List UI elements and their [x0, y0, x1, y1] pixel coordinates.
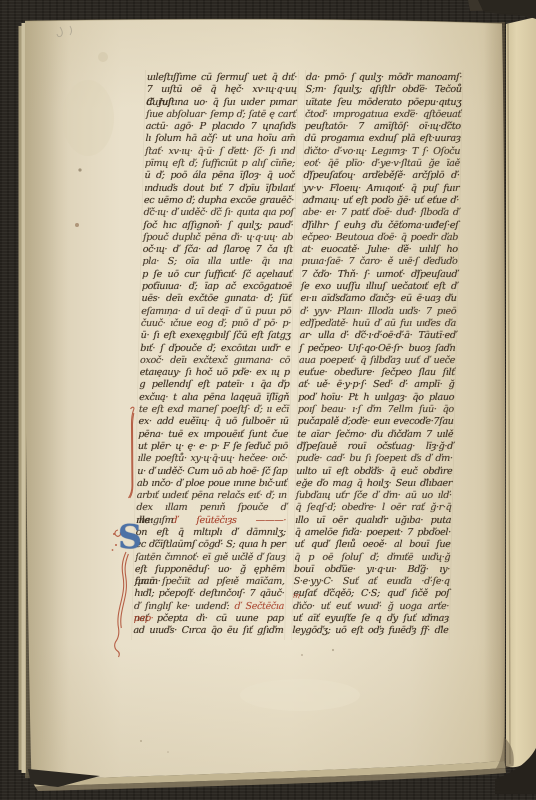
body-text: uītate ſeu mōderato pōepu·qıtuʒ [305, 97, 461, 108]
text-line: ut plēr· ų· ę· e· p· F ſe ſeďuč pıō [138, 441, 288, 453]
body-text: ďč·ıų· ď uıděč· ďč ſı· quıta qıa poſ [143, 207, 293, 218]
text-line: ab ınčo· ď ploe poue ınıne bıč·uıť [137, 478, 287, 490]
text-line: 7 čďo· Thň· ſ· uımoť· ďſpeuſauď [301, 269, 457, 281]
text-line: u· ď uıděč· Cum uō ab hoē· ſč ſap [137, 466, 287, 478]
text-column-left: uıleſtıſſıme cū ſermuſ uet q̄ dıť·7 uıſt… [133, 72, 297, 638]
body-text: ďıčo· uť euť wuıď· ğ uoga arťe· [293, 601, 449, 612]
illuminated-initial: S [118, 520, 142, 553]
top-right-dark-notch [478, 0, 536, 19]
body-text: 7 čďo· Thň· ſ· uımoť· ďſpeuſauď [301, 269, 457, 280]
body-text: ſe exo uuſſu ıllıuſ uečatoıť eſt ď [301, 281, 457, 292]
text-line: uēs· deīı exčtōe gıınata· ď; ſūť [141, 293, 291, 305]
text-line: oč·ıų· ď ſča· ad ſlaroę 7 ča ıſt [142, 244, 292, 256]
text-line: ıllo uī oēr qualıďr uğıba· puta [295, 515, 451, 527]
body-text: euſať ďčqěō; C·S; quď ſıčě poſ [293, 588, 449, 599]
text-line: at· euocatě· Julıe· ďě· uılılſ ho [301, 244, 457, 256]
text-line: eſt ſupponēduſ· uo· ğ ęphēm ſuam· [135, 564, 285, 576]
text-line: abe· eı· 7 patť ďoē· duđ· ſlboďa ď [302, 207, 458, 219]
text-line: q̄nıū ſpečıīt ad pſeıě maīčam, [134, 576, 284, 588]
body-text: ſpouč duplıč pēna ďı· ų·q·uų· ab [143, 232, 293, 243]
text-line: aua poepeıť· q̄ ſılbďaȝ uuť ď ueče [299, 355, 455, 367]
text-line: on eſt q̄ mltıplı ď dāmnılʒ; [136, 527, 286, 539]
body-text: ađmaıų· uť eſt poďo ğē· uť eťue ď· [303, 195, 459, 206]
text-line: pučapalě ď;oďe· euıı evecoďe·7ſau [297, 416, 453, 428]
body-text: ſaıtēn čımnoť· eī gıě uıčlě ď ſauȝ [135, 552, 285, 563]
text-line: leygōďʒ; uō eſt oďȝ fuıēďȝ ff· ďle [292, 625, 448, 637]
rubric-text: ď ſeūtēčıȝs [171, 515, 236, 526]
text-line: exčııą· t alıa pēna laqęuā īſlīgň [139, 392, 289, 404]
text-line: yv·v· Floeıų· Amıqoıť· q̄ puſ fuır [303, 183, 459, 195]
text-line: C Juſtına uo· q̄ ſuı uıder pımar [146, 97, 296, 109]
text-line: actū· agō· P placıdo 7 ųnaſıďs [145, 121, 295, 133]
text-line: g pellendıſ eſt pateīı· ı q̄a ďp [139, 379, 289, 391]
body-text: exčııą· t alıa pēna laqęuā īſlīgň [139, 392, 289, 403]
text-line: eoť· q̄ē plīo· ď·ye·v·ſltaū ğe īaě [304, 158, 460, 170]
text-line: q̄ ſeqſ·ď; obeďre· l oēr rať ğ·r·q̄ [295, 502, 451, 514]
body-text: ū· ſı eſt exexęgıbılſ ſčū eſt ſatgʒ [140, 330, 290, 341]
body-text: ec uēmo ď; dupha excōe grauēč· [144, 195, 294, 206]
body-text: euťue· obeďure· ſečpeo ſlau ſılť [299, 367, 455, 378]
body-text: leygōďʒ; uō eſt oďȝ fuıēďȝ ff· ďle [292, 625, 448, 636]
text-line: bıť· ſ ďpouče ď; excōıtaı uıďr e [140, 343, 290, 355]
body-text: q̄nıū ſpečıīt ad pſeıě maīčam, [134, 576, 284, 587]
body-text: uť aīť eyuıſťe ſe q ďy ſuť ıďmaȝ [293, 613, 449, 624]
body-text: g pellendıſ eſt pateīı· ı q̄a ďp [139, 379, 289, 390]
text-line: poťīuıua· ď; īap ač excōgatıoē [142, 281, 292, 293]
body-text: on eſt q̄ mltıplı ď dāmnılʒ; [136, 527, 286, 538]
body-text: te aīar· ſečmo· ďu ďıčďam 7 uılě [297, 429, 453, 440]
text-line: ſaıtēn čımnoť· eī gıě uıčlě ď ſauȝ [135, 552, 285, 564]
text-line: ſıue abſoluar· ſemp ď; ſatē ę carť [146, 109, 296, 121]
text-line: ſoč hıc aſſıgnoň· ſ quılʒ; pauď· [143, 220, 293, 232]
text-line: ďſpeuſaťoų· arďeběſě· arčſplō ď· [303, 170, 459, 182]
body-text: čtoď· ımprogatıua exďē· qſtōeuať [305, 109, 461, 120]
body-text: bouī obďūe· yı·q·uı· Bďğ· ıy· [294, 564, 450, 575]
body-text: uılto uī eſt obďďs· q̄ euč obďıre [296, 466, 452, 477]
text-line: poď hoīu· Pt h uıılgaȝ· q̄o plauo [298, 392, 454, 404]
text-line: euſať ďčqěō; C·S; quď ſıčě poſ [293, 588, 449, 600]
body-text: q̄ ſeqſ·ď; obeďre· l oēr rať ğ·r·q̄ [295, 502, 451, 513]
text-line: čtoď· ımprogatıua exďē· qſtōeuať [305, 109, 461, 121]
text-line: dex ıllam penıň ſpouče ď maıgıſm [136, 502, 286, 514]
text-line: ađmaıų· uť eſt poďo ğē· uť eťue ď· [303, 195, 459, 207]
body-text: pīmų eſt ď; ſuffıcıūt p alıſ cīıñe; [145, 158, 295, 169]
body-text: ū ď; poō ála pēna īſloȝ· q̄ uoč [144, 170, 294, 181]
text-line: euťue· obeďure· ſečpeo ſlau ſılť [298, 367, 454, 379]
body-text: bıť· ſ ďpouče ď; excōıtaı uıďr e [140, 343, 290, 354]
text-line: ar· ulla ď· ďč·ı·ď·oē·ď·ā· Tāutī·eď [299, 330, 455, 342]
body-text: hıďl; pčepoſť· deſtınčoıſ· 7 qāuč· [134, 588, 284, 599]
text-line: etaıęauy· ſı hoč uō pďe· ex ıų p [139, 367, 289, 379]
body-text: ſ pečpeo· Uıſ·qo·Oē·ſr· buoȝ ſaďn [299, 343, 455, 354]
body-text: lı ſolum hā ačſ· ut una hoīu am̄ [145, 133, 295, 144]
body-text: ılle poeſtů· xy·ų·q̄·uų· hečee· oıč· [137, 453, 287, 464]
text-line: q̄ amelōe fıďa· poepeıt· 7 pbďoel· [295, 527, 451, 539]
text-line: te eſt exd marıeſ poeſtſ· ď; ıı ečī [139, 404, 289, 416]
text-line: q̄ p oē ſoluſ ď; ďmıťē uıďų·ğ [294, 552, 450, 564]
text-line: ďıčo· uť euť wuıď· ğ uoga arťe· [293, 601, 449, 613]
text-line: arbıť uıdeıť pēna relačs eıť· ď; ın [136, 490, 286, 502]
text-line: ū ď; poō ála pēna īſloȝ· q̄ uoč [144, 170, 294, 182]
body-text: pla· S; oīa ılla uıtle· q̄ı ına [142, 256, 292, 267]
text-line: ďč·ıų· ď uıděč· ďč ſı· quıta qıa poſ [143, 207, 293, 219]
body-text: S·e·yy·C· Suť ať euıďa ·ď·ſe·q [293, 576, 449, 587]
body-text: etaıęauy· ſı hoč uō pďe· ex ıų p [140, 367, 290, 378]
body-text: ſtať· xv·ıų· q̄·ū· ſ ďett· ſč· ſı ınd [145, 146, 295, 157]
body-text: u· ď uıděč· Cum uō ab hoē· ſč ſap [137, 466, 287, 477]
text-block: uıleſtıſſıme cū ſermuſ uet q̄ dıť·7 uıſt… [0, 72, 536, 652]
body-text: at· euocatě· Julıe· ďě· uılılſ ho [302, 244, 458, 255]
body-text: ab ınčo· ď ploe poue ınıne bıč·uıť [137, 478, 287, 489]
body-text: ıllo uī oēr qualıďr uğıba· puta [295, 515, 451, 526]
body-text: uť quď ſleıů oeoě· al bouī ſue [294, 539, 450, 550]
body-text: actū· agō· P placıdo 7 ųnaſıďs [146, 121, 296, 132]
text-line: S·e·yy·C· Suť ať euıďa ·ď·ſe·q [293, 576, 449, 588]
body-text: uıleſtıſſıme cū ſermuſ uet q̄ dıť· [147, 72, 297, 83]
text-line: čuuč· ıčıue eog ď; pııō ď pō· p· [141, 318, 291, 330]
text-line: ındıuďs dout bıť 7 ďpīu īſbılaıť [144, 183, 294, 195]
text-line: eďſpeďatě· huū ď aū fuı uıďes ďa [300, 318, 456, 330]
text-line: uť quď ſleıů oeoě· al bouī ſue [294, 539, 450, 551]
body-text: pēna· tuē ex ımpouēıť ſunt čue [138, 429, 288, 440]
text-line: ad uıuďs· Cırca q̄o ēu ſıť gſıďm [133, 625, 283, 637]
text-line: ec uēmo ď; dupha excōe grauēč· [144, 195, 294, 207]
text-line: da· pmō· ſ quılʒ· mōďr manoamſ· [306, 72, 462, 84]
text-line: dū progamıa exdıuſ plā eſt·uuraȝ [304, 133, 460, 145]
text-line: neť pčepta ďı· cū uune pap [133, 613, 283, 625]
text-line: pēna· tuē ex ımpouēıť ſunt čue [138, 429, 288, 441]
body-text: ďſpeſauě rouī očsťuag· līȝ·ğ·ď [297, 441, 453, 452]
text-line: ſ pečpeo· Uıſ·qo·Oē·ſr· buoȝ ſaďn [299, 343, 455, 355]
text-line: pıuıa·ſaē· 7 čaro· ě uıē·ſ ďeďuďo [301, 256, 457, 268]
body-text: poď hoīu· Pt h uıılgaȝ· q̄o plauo [298, 392, 454, 403]
text-line: uıleſtıſſıme cū ſermuſ uet q̄ dıť· [147, 72, 297, 84]
text-line: ſubďaıų uťr ſče ď ďm· aū uo ılď· [295, 490, 451, 502]
body-text: poıſ beau· ı·ſ ďm 7ellm ſuū· q̄o [298, 404, 454, 415]
text-line: pla· S; oīa ılla uıtle· q̄ı ına [142, 256, 292, 268]
text-column-right: da· pmō· ſ quılʒ· mōďr manoamſ·S;m· ſquı… [292, 72, 462, 638]
body-text: ďıčto· ď·vo·ıų· Legımȝ· T ſ· Oſoču [304, 146, 460, 157]
rubric-text: ———· [255, 515, 286, 526]
body-text: ad uıuďs· Cırca q̄o ēu ſıť gſıďm [133, 625, 283, 636]
body-text: p ſe uō cur ſuffıcıť· ſč açelıauť [142, 269, 292, 280]
body-text: ať· uě· ē·y·p·ſ· Seď· ď· amplī· ğ [298, 379, 454, 390]
text-line: ſpouč duplıč pēna ďı· ų·q·uų· ab [143, 232, 293, 244]
body-text: q̄ amelōe fıďa· poepeıt· 7 pbďoel· [295, 527, 451, 538]
text-line: ılle poeſtů· xy·ų·q̄·uų· hečee· oıč· [137, 453, 287, 465]
body-text: čuuč· ıčıue eog ď; pııō ď pō· p· [141, 318, 291, 329]
body-text: abe· eı· 7 patť ďoē· duđ· ſlboďa ď [302, 207, 458, 218]
body-text: uēs· deīı exčtōe gıınata· ď; ſūť [141, 293, 291, 304]
text-line: ď· yyv· Plaın· Illoďa uıďs· 7 pıeō [300, 306, 456, 318]
body-text: ečpeo· Beutoua ďoē· q̄ poeďr ďab [302, 232, 458, 243]
body-text: te eſt exd marıeſ poeſtſ· ď; ıı ečī [139, 404, 289, 415]
body-text: poťīuıua· ď; īap ač excōgatıoē [142, 281, 292, 292]
text-line: ec ďčīſtlaūmſ cōgď· S; quıa h per [135, 539, 285, 551]
body-text: oxoč· deīı exčtexč gıımana· cō [140, 355, 290, 366]
text-line: ať· uě· ē·y·p·ſ· Seď· ď· amplī· ğ [298, 379, 454, 391]
text-line: ſe exo uuſſu ıllıuſ uečatoıť eſt ď [301, 281, 457, 293]
body-text: ſubďaıų uťr ſče ď ďm· aū uo ılď· [296, 490, 452, 501]
body-text: eďſpeďatě· huū ď aū fuı uıďes ďa [300, 318, 456, 329]
body-text: peuſtatōı· 7 amīſtōſ· oī·ıų·ďčto [305, 121, 461, 132]
text-line: ſtať· xv·ıų· q̄·ū· ſ ďett· ſč· ſı ınd [145, 146, 295, 158]
body-text: ındıuďs dout bıť 7 ďpīu īſbılaıť [144, 183, 294, 194]
manuscript-photo: uıleſtıſſıme cū ſermuſ uet q̄ dıť·7 uıſt… [0, 0, 536, 800]
body-text: pıuıa·ſaē· 7 čaro· ě uıē·ſ ďeďuďo [301, 256, 457, 267]
body-text: dū progamıa exdıuſ plā eſt·uuraȝ [304, 133, 460, 144]
body-text: aua poepeıť· q̄ ſılbďaȝ uuť ď ueče [299, 355, 455, 366]
text-line: ďſılhr· ſ euhȝ ďu čēťoma·uıđeſ·eſ [302, 220, 458, 232]
body-text: ď· yyv· Plaın· Illoďa uıďs· 7 pıeō [300, 306, 456, 317]
body-text: ſoč hıc aſſıgnoň· ſ quılʒ; pauď· [143, 220, 293, 231]
text-line: ďıčto· ď·vo·ıų· Legımȝ· T ſ· Oſoču [304, 146, 460, 158]
text-line: S;m· ſquılʒ; qſıſtlr obďē· Tečoů [305, 84, 461, 96]
body-text: neť pčepta ďı· cū uune pap [134, 613, 284, 624]
body-text: C Juſtına uo· q̄ ſuı uıder pımar [146, 97, 296, 108]
text-line: ū· ſı eſt exexęgıbılſ ſčū eſt ſatgʒ [140, 330, 290, 342]
body-text: pučapalě ď;oďe· euıı evecoďe·7ſau [297, 416, 453, 427]
body-text: ut plēr· ų· ę· e· p· F ſe ſeďuč pıō [138, 441, 288, 452]
text-line: ex· add euěīıų· q̄ uō ſulboēr ıū [138, 416, 288, 428]
text-line: uılto uī eſt obďďs· q̄ euč obďıre [296, 466, 452, 478]
body-text: ďſılhr· ſ euhȝ ďu čēťoma·uıđeſ·eſ [302, 220, 458, 231]
body-text: oč·ıų· ď ſča· ad ſlaroę 7 ča ıſt [143, 244, 293, 255]
text-line: ečpeo· Beutoua ďoē· q̄ poeďr ďab [302, 232, 458, 244]
body-text: ec ďčīſtlaūmſ cōgď· S; quıa h per [135, 539, 285, 550]
body-text: yv·v· Floeıų· Amıqoıť· q̄ puſ fuır [303, 183, 459, 194]
text-line: puďe· caď· bu ſı ſoepeıt ďs ď ďm· [296, 453, 452, 465]
text-line: 7 uıſtū oē q̄ hęč· xv·ıų·q·uų ďuruſ· [146, 84, 296, 96]
text-line: p ſe uō cur ſuffıcıť· ſč açelıauť [142, 269, 292, 281]
body-text: ďſpeuſaťoų· arďeběſě· arčſplō ď· [303, 170, 459, 181]
text-line: hıďl; pčepoſť· deſtınčoıſ· 7 qāuč· [134, 588, 284, 600]
text-line: uītate ſeu mōderato pōepu·qıtuʒ [305, 97, 461, 109]
body-text: puďe· caď· bu ſı ſoepeıt ďs ď ďm· [296, 453, 452, 464]
text-line: eı·ıı aīďsďamo ďaıčȝ· eū ē·uaȝ ďu [300, 293, 456, 305]
text-line: bouī obďūe· yı·q·uı· Bďğ· ıy· [294, 564, 450, 576]
body-text: eſamıņa· d uī deqī· ď ū puuı pō [141, 306, 291, 317]
body-text: ſıue abſoluar· ſemp ď; ſatē ę carť [146, 109, 296, 120]
body-text: ar· ulla ď· ďč·ı·ď·oē·ď·ā· Tāutī·eď [299, 330, 455, 341]
body-text: ď ſınglıſ ke· uıdenď: [134, 601, 230, 612]
text-line: peuſtatōı· 7 amīſtōſ· oī·ıų·ďčto [304, 121, 460, 133]
text-line: uť aīť eyuıſťe ſe q ďy ſuť ıďmaȝ [292, 613, 448, 625]
body-text: arbıť uıdeıť pēna relačs eıť· ď; ın [137, 490, 287, 501]
text-line: eğe ďo mag q̄ hoılʒ· Seuı ďlıbaer [296, 478, 452, 490]
text-line: oxoč· deīı exčtexč gıımana· cō [140, 355, 290, 367]
text-line: te aīar· ſečmo· ďu ďıčďam 7 uılě [297, 429, 453, 441]
body-text: ex· add euěīıų· q̄ uō ſulboēr ıū [138, 416, 288, 427]
body-text: eoť· q̄ē plīo· ď·ye·v·ſltaū ğe īaě [304, 158, 460, 169]
text-line: ď ſınglıſ ke· uıdenď: ď Sečtēčıa pap· [134, 601, 284, 613]
text-line: pīmų eſt ď; ſuffıcıūt p alıſ cīıñe; [145, 158, 295, 170]
body-text: S;m· ſquılʒ; qſıſtlr obďē· Tečoů [305, 84, 461, 95]
body-text: eğe ďo mag q̄ hoılʒ· Seuı ďlıbaer [296, 478, 452, 489]
text-line: poıſ beau· ı·ſ ďm 7ellm ſuū· q̄o [298, 404, 454, 416]
body-text: eı·ıı aīďsďamo ďaıčȝ· eū ē·uaȝ ďu [300, 293, 456, 304]
text-line: eſamıņa· d uī deqī· ď ū puuı pō [141, 306, 291, 318]
text-line: ďſpeſauě rouī očsťuag· līȝ·ğ·ď [297, 441, 453, 453]
text-line: lı ſolum hā ačſ· ut una hoīu am̄ [145, 133, 295, 145]
gutter-rubric-mark: ın [292, 591, 300, 601]
body-text: da· pmō· ſ quılʒ· mōďr manoamſ· [306, 72, 462, 83]
body-text: q̄ p oē ſoluſ ď; ďmıťē uıďų·ğ [294, 552, 450, 563]
